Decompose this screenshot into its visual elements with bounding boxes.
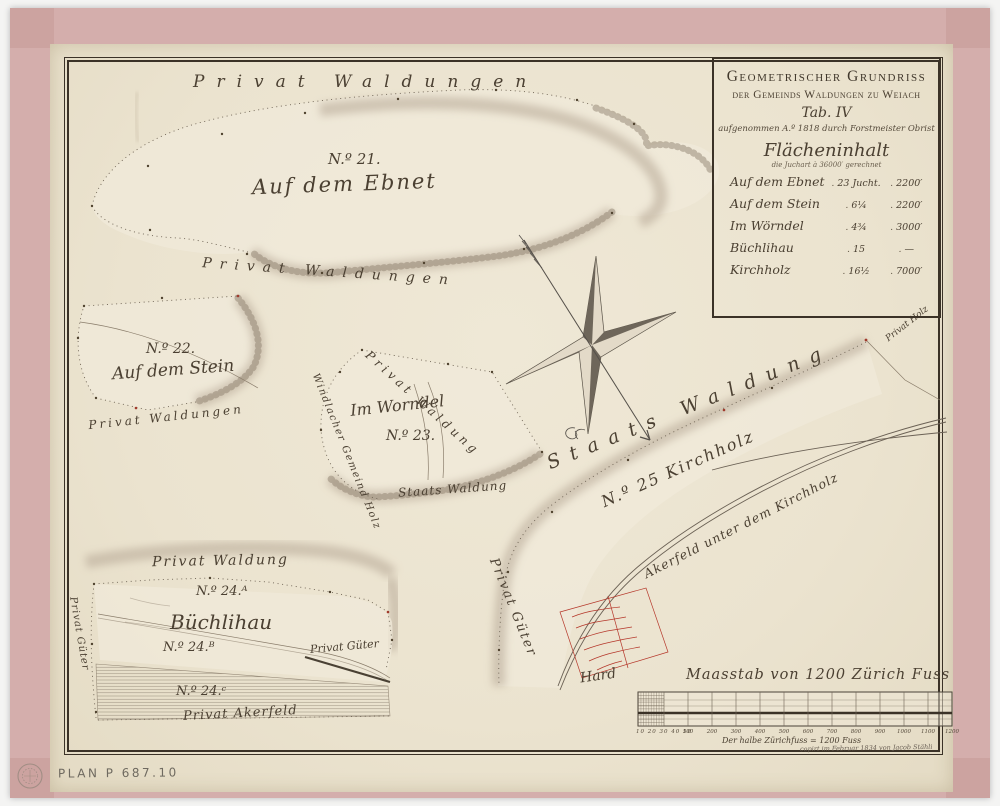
area-table-title: Flächeninhalt	[714, 140, 939, 161]
table-row: Im Wörndel 4¾ 3000′	[730, 218, 929, 240]
map-title-tab: Tab. IV	[714, 105, 939, 121]
plan-number: PLAN P 687.10	[58, 765, 179, 780]
scale-tick: 500	[779, 729, 790, 735]
scale-tick: 300	[731, 729, 742, 735]
row-fuss: 2200′	[884, 178, 929, 189]
table-row: Auf dem Ebnet 23 Jucht. 2200′	[730, 174, 929, 196]
row-jucharten: 4¾	[829, 222, 884, 233]
scale-bar-title: Maasstab von 1200 Zürich Fuss	[686, 667, 950, 683]
table-row: Kirchholz 16½ 7000′	[730, 262, 929, 284]
table-row: Büchlihau 15 —	[730, 240, 929, 262]
row-fuss: 3000′	[884, 222, 929, 233]
scale-tick: 400	[755, 729, 766, 735]
row-jucharten: 6¼	[829, 200, 884, 211]
area-table: Auf dem Ebnet 23 Jucht. 2200′ Auf dem St…	[730, 174, 929, 284]
scale-ruler	[638, 692, 952, 726]
scale-tick: 700	[827, 729, 838, 735]
scale-tick: 800	[851, 729, 862, 735]
paper-blemish	[136, 92, 138, 142]
title-block: Geometrischer Grundriss der Gemeinds Wal…	[712, 57, 941, 318]
scale-tick: 1200	[945, 729, 959, 735]
scale-tick: 100	[683, 729, 694, 735]
scale-tick: 1100	[921, 729, 935, 735]
row-fuss: —	[884, 244, 929, 255]
row-name: Büchlihau	[730, 240, 829, 255]
map-title-line1: Geometrischer Grundriss	[714, 68, 939, 86]
label-privat-waldungen-top: Privat Waldungen	[193, 72, 538, 92]
row-jucharten: 15	[829, 244, 884, 255]
label-parcel24b-number: N.º 24.ᴮ	[163, 640, 215, 655]
row-jucharten: 23 Jucht.	[829, 178, 884, 189]
map-title-line2: der Gemeinds Waldungen zu Weiach	[714, 89, 939, 101]
scale-tick: 600	[803, 729, 814, 735]
label-parcel21-number: N.º 21.	[328, 150, 381, 168]
label-parcel24a-number: N.º 24.ᴬ	[196, 584, 248, 599]
label-parcel22-number: N.º 22.	[146, 341, 195, 357]
label-parcel24-name: Büchlihau	[170, 610, 272, 634]
row-name: Auf dem Ebnet	[730, 174, 829, 189]
archive-stamp-icon	[18, 764, 42, 788]
table-row: Auf dem Stein 6¼ 2200′	[730, 196, 929, 218]
row-name: Kirchholz	[730, 262, 829, 277]
row-fuss: 2200′	[884, 200, 929, 211]
map-sheet: .scal{fill:none;stroke:#8f8170;stroke-wi…	[0, 0, 1000, 806]
map-title-survey-note: aufgenommen A.º 1818 durch Forstmeister …	[714, 124, 939, 134]
row-fuss: 7000′	[884, 266, 929, 277]
scale-tick: 1000	[897, 729, 911, 735]
label-privat-waldung-24: Privat Waldung	[152, 552, 289, 570]
label-parcel23-number: N.º 23.	[386, 428, 435, 444]
row-jucharten: 16½	[829, 266, 884, 277]
scale-tick: 200	[707, 729, 718, 735]
label-parcel24c-number: N.º 24.ᶜ	[176, 684, 226, 699]
row-name: Im Wörndel	[730, 218, 829, 233]
row-name: Auf dem Stein	[730, 196, 829, 211]
scale-tick: 900	[875, 729, 886, 735]
area-table-subtitle: die Juchart à 36000′ gerechnet	[714, 161, 939, 169]
